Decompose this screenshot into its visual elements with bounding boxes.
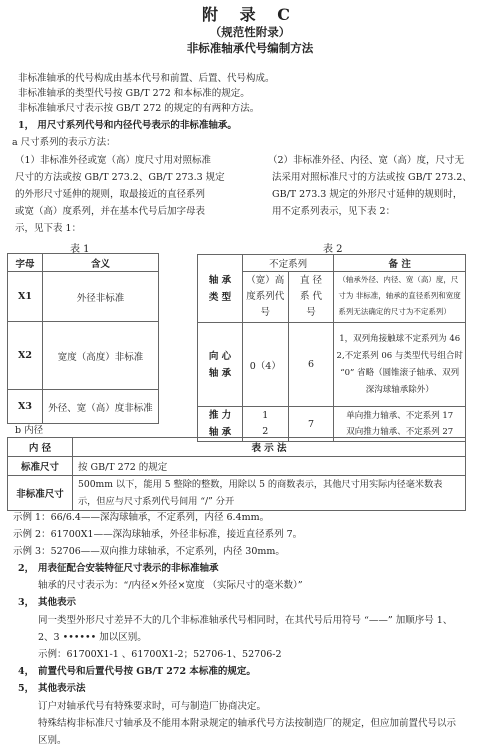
section-3-body-1: 同一类型外形尺寸差异不大的几个非标准轴承代号相同时，在其代号后用符号 “——” …	[38, 614, 452, 628]
table-1-header-letter: 字母	[8, 254, 43, 272]
intro-line-1: 非标准轴承的代号构成由基本代号和前置、后置、代号构成。	[18, 72, 275, 86]
section-5-body-2: 特殊结构非标准尺寸轴承及不能用本附录规定的轴承代号方法按制造厂的规定，但应加前置…	[38, 717, 456, 731]
intro-line-2: 非标准轴承的类型代号按 GB/T 272 和本标准的规定。	[18, 87, 250, 101]
section-2-heading: 用表征配合安装特征尺寸表示的非标准轴承	[38, 562, 219, 576]
table-3-cell: 标准尺寸	[8, 457, 73, 476]
section-5-heading: 其他表示法	[38, 682, 86, 696]
table-2-header-type: 轴 承 类 型	[198, 255, 243, 323]
table-3-cell: 非标准尺寸	[8, 476, 73, 511]
appendix-subtitle: （规范性附录）	[0, 24, 500, 40]
table-1-cell: X1	[8, 272, 43, 322]
table-row: 非标准尺寸 500mm 以下，能用 5 整除的整数，用除以 5 的商数表示，其他…	[8, 476, 466, 511]
right-para-line: 法采用对照标准尺寸的方法或按 GB/T 273.2、	[268, 169, 472, 186]
table-2-caption: 表 2	[323, 240, 343, 255]
table-1-cell: 宽度（高度）非标准	[43, 322, 159, 390]
intro-line-3: 非标准轴承尺寸表示按 GB/T 272 的规定的有两种方法。	[18, 102, 259, 116]
note-line: 2,不定系列 06 与类型代号组合时	[334, 348, 465, 365]
table-row: 标准尺寸 按 GB/T 272 的规定	[8, 457, 466, 476]
table-2-subheader-width: （宽）高度系列代号	[242, 272, 288, 323]
note-line: 单向推力轴承、不定系列 17	[334, 408, 465, 424]
section-3-number: 3，	[18, 596, 34, 610]
table-row: 向 心 轴 承 0（4） 6 1，双列角接触球不定系列为 46 2,不定系列 0…	[198, 323, 466, 407]
table-3: 内 径 表 示 法 标准尺寸 按 GB/T 272 的规定 非标准尺寸 500m…	[7, 437, 466, 511]
right-para-line: GB/T 273.3 规定的外形尺寸延伸的规则时，	[268, 186, 472, 203]
left-para-line: （1）非标准外径或宽（高）度尺寸用对照标准	[15, 152, 225, 169]
table-3-cell: 按 GB/T 272 的规定	[73, 457, 466, 476]
example-1: 示例 1：66/6.4——深沟球轴承，不定系列，内径 6.4mm。	[13, 511, 269, 525]
section-5-body-1: 订户对轴承代号有特殊要求时，可与制造厂协商决定。	[38, 700, 266, 714]
table-2-cell-width: 0（4）	[242, 323, 288, 407]
page-title: 非标准轴承代号编制方法	[0, 40, 500, 56]
section-3-example: 示例：61700X1-1 、61700X1-2；52706-1、52706-2	[38, 648, 282, 662]
example-3: 示例 3：52706——双向推力球轴承，不定系列，内径 30mm。	[13, 545, 285, 559]
table-2-subheader-dia: 直 径 系 代 号	[288, 272, 334, 323]
section-2-body: 轴承的尺寸表示为：“/内径×外径×宽度 （实际尺寸的毫米数）”	[38, 579, 303, 593]
table-1-cell: X3	[8, 390, 43, 424]
left-para-line: 尺寸的方法或按 GB/T 273.2、GB/T 273.3 规定	[15, 169, 225, 186]
table-row: X3 外径、宽（高）度非标准	[8, 390, 159, 424]
right-paragraph: （2）非标准外径、内径、宽（高）度，尺寸无 法采用对照标准尺寸的方法或按 GB/…	[268, 152, 472, 220]
table-2: 轴 承 类 型 不定系列 备 注 （宽）高度系列代号 直 径 系 代 号 （轴承…	[197, 254, 466, 442]
table-2-header-notes: 备 注	[334, 255, 466, 272]
example-2: 示例 2：61700X1——深沟球轴承，外径非标准，接近直径系列 7。	[13, 528, 302, 542]
table-1-cell: X2	[8, 322, 43, 390]
section-5-number: 5，	[18, 682, 34, 696]
table-row: X1 外径非标准	[8, 272, 159, 322]
table-1: 字母 含义 X1 外径非标准 X2 宽度（高度）非标准 X3 外径、宽（高）度非…	[7, 253, 159, 424]
section-4-heading: 前置代号和后置代号按 GB/T 272 本标准的规定。	[38, 665, 256, 679]
table-2-cell-dia: 6	[288, 323, 334, 407]
table-2-header-group: 不定系列	[242, 255, 333, 272]
section-3-body-2: 2、3 •••••• 加以区别。	[38, 631, 147, 645]
section-b-heading: b 内径	[15, 424, 43, 438]
left-paragraph: （1）非标准外径或宽（高）度尺寸用对照标准 尺寸的方法或按 GB/T 273.2…	[15, 152, 225, 237]
note-line: 深沟球轴承除外）	[334, 382, 465, 399]
table-row: X2 宽度（高度）非标准	[8, 322, 159, 390]
width-code: 1	[243, 408, 288, 424]
right-para-line: （2）非标准外径、内径、宽（高）度，尺寸无	[268, 152, 472, 169]
note-line: “0” 省略（圆锥滚子轴承、双列	[334, 365, 465, 382]
table-3-cell: 500mm 以下，能用 5 整除的整数，用除以 5 的商数表示，其他尺寸用实际内…	[73, 476, 466, 511]
section-3-heading: 其他表示	[38, 596, 76, 610]
section-4-number: 4，	[18, 665, 34, 679]
section-5-body-3: 区别。	[38, 734, 67, 748]
left-para-line: 或宽（高）度系列，并在基本代号后加字母表	[15, 203, 225, 220]
table-1-header-meaning: 含义	[43, 254, 159, 272]
table-1-cell: 外径、宽（高）度非标准	[43, 390, 159, 424]
note-line: 1，双列角接触球不定系列为 46	[334, 331, 465, 348]
table-3-header-method: 表 示 法	[73, 438, 466, 457]
section-1-heading: 1， 用尺寸系列代号和内径代号表示的非标准轴承。	[18, 119, 237, 133]
table-2-cell-notes: 1，双列角接触球不定系列为 46 2,不定系列 06 与类型代号组合时 “0” …	[334, 323, 466, 407]
section-a-heading: a 尺寸系列的表示方法：	[12, 136, 116, 150]
left-para-line: 的外形尺寸延伸的规则，取最接近的直径系列	[15, 186, 225, 203]
section-2-number: 2，	[18, 562, 34, 576]
right-para-line: 用不定系列表示，见下表 2：	[268, 203, 472, 220]
table-3-header-bore: 内 径	[8, 438, 73, 457]
table-2-notes-desc: （轴承外径、内径、宽（高）度，尺寸为 非标准，轴承的直径系列和宽度系列无法确定的…	[334, 272, 466, 323]
appendix-title: 附 录 C	[0, 2, 500, 25]
table-1-cell: 外径非标准	[43, 272, 159, 322]
table-2-cell-type: 向 心 轴 承	[198, 323, 243, 407]
left-para-line: 示，见下表 1：	[15, 220, 225, 237]
